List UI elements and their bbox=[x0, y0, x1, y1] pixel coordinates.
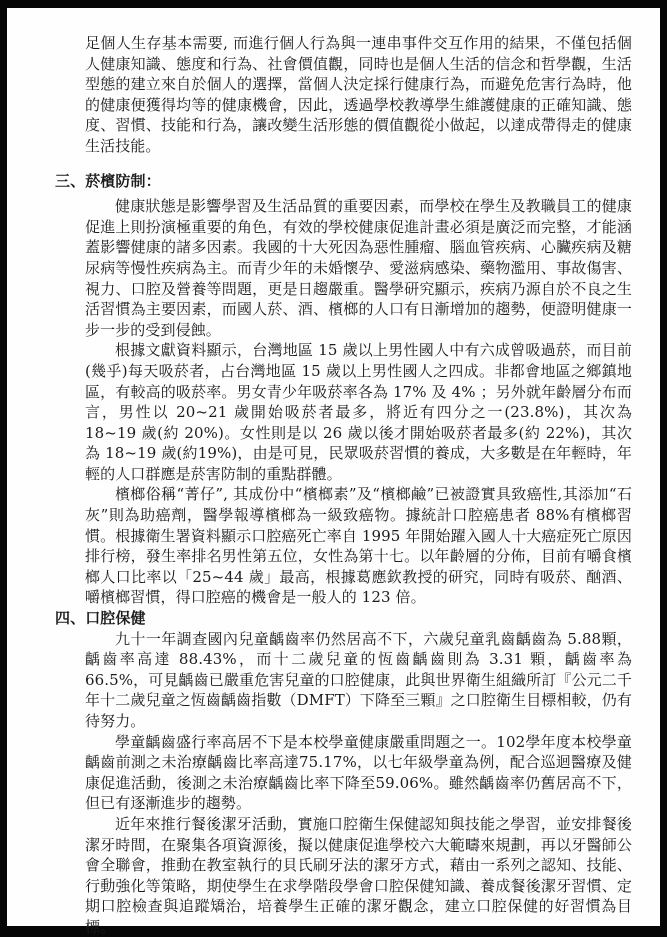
paragraph-betel-nut-oral-cancer: 檳榔俗稱“菁仔”, 其成份中“檳榔素”及“檳榔鹼”已被證實具致癌性,其添加“石灰… bbox=[85, 484, 632, 608]
section-heading-oral-health: 四、口腔保健 bbox=[55, 608, 632, 629]
paragraph-child-caries-statistics: 九十一年調查國內兒童齲齒率仍然居高不下，六歲兒童乳齒齲齒為 5.88顆，齲齒率高… bbox=[85, 629, 632, 732]
paragraph-lifestyle-continued: 足個人生存基本需要, 而進行個人行為與一連串事件交互作用的結果，不僅包括個人健康… bbox=[85, 33, 632, 157]
scan-border-frame: 足個人生存基本需要, 而進行個人行為與一連串事件交互作用的結果，不僅包括個人健康… bbox=[0, 0, 667, 937]
paragraph-teeth-cleaning-program: 近年來推行餐後潔牙活動，實施口腔衛生保健認知與技能之學習，並安排餐後潔牙時間，在… bbox=[85, 814, 632, 937]
paragraph-school-caries-rates: 學童齲齒盛行率高居不下是本校學童健康嚴重問題之一。102學年度本校學童齲齒前測之… bbox=[85, 732, 632, 814]
page-content: 足個人生存基本需要, 而進行個人行為與一連串事件交互作用的結果，不僅包括個人健康… bbox=[55, 33, 632, 937]
paragraph-health-status-top-causes: 健康狀態是影響學習及生活品質的重要因素，而學校在學生及教職員工的健康促進上則扮演… bbox=[85, 196, 632, 340]
paragraph-smoking-statistics: 根據文獻資料顯示，台灣地區 15 歲以上男性國人中有六成曾吸過菸，而目前(幾乎)… bbox=[85, 340, 632, 484]
document-page: 足個人生存基本需要, 而進行個人行為與一連串事件交互作用的結果，不僅包括個人健康… bbox=[7, 8, 660, 926]
section-heading-tobacco-betel-prevention: 三、菸檳防制： bbox=[55, 171, 632, 192]
